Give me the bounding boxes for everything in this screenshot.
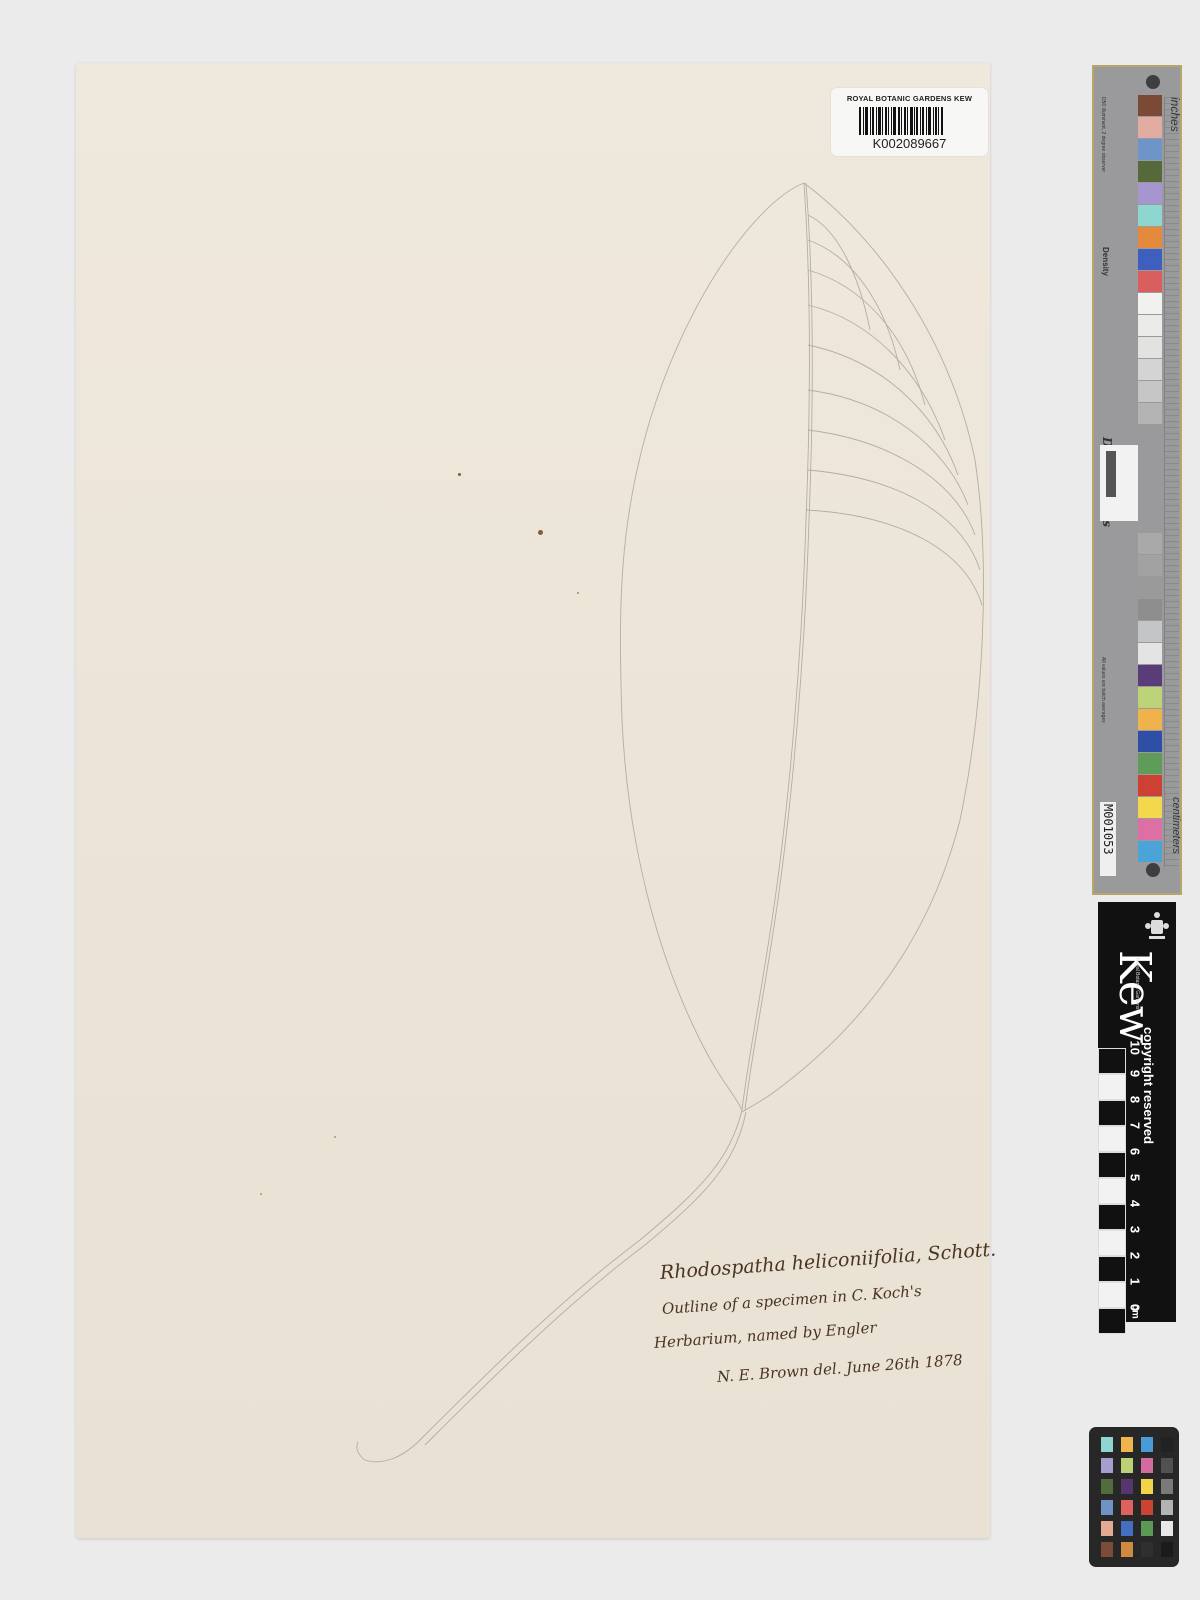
ruler-hole (1146, 75, 1160, 89)
cm-tick-label: 3 (1128, 1223, 1143, 1237)
checker-patch (1121, 1500, 1133, 1515)
stain-spot (260, 1193, 262, 1195)
cm-scale-segment (1098, 1178, 1126, 1204)
kew-scale-bar: Kew Royal Botanic Gardens copyright rese… (1098, 902, 1176, 1322)
cm-tick-label: 6 (1128, 1145, 1143, 1159)
swatch-column-top (1138, 95, 1162, 425)
cm-scale-bars: 109876543210 (1098, 1048, 1126, 1322)
cm-tick-label: 10 (1128, 1041, 1143, 1055)
stain-spot (538, 530, 543, 535)
cm-tick-label: 9 (1128, 1067, 1143, 1081)
stain-spot (577, 592, 579, 594)
herbarium-sheet (76, 63, 990, 1538)
ruler-measure-track (1164, 97, 1179, 867)
color-swatch (1138, 621, 1162, 642)
color-swatch (1138, 161, 1162, 182)
checker-patch (1101, 1479, 1113, 1494)
color-swatch (1138, 775, 1162, 796)
checker-patch (1141, 1437, 1153, 1452)
color-swatch (1138, 227, 1162, 248)
color-swatch (1138, 271, 1162, 292)
color-swatch (1138, 293, 1162, 314)
checker-patch (1141, 1500, 1153, 1515)
cm-tick-label: 8 (1128, 1093, 1143, 1107)
color-swatch (1138, 359, 1162, 380)
cm-scale-segment (1098, 1048, 1126, 1074)
checker-patch (1121, 1458, 1133, 1473)
color-swatch (1138, 381, 1162, 402)
institution-name: ROYAL BOTANIC GARDENS KEW (831, 94, 988, 103)
cm-scale-segment (1098, 1100, 1126, 1126)
checker-patch (1161, 1458, 1173, 1473)
crest-icon (1144, 910, 1170, 944)
color-swatch (1138, 797, 1162, 818)
color-swatch (1138, 555, 1162, 576)
cm-tick-label: 7 (1128, 1119, 1143, 1133)
cm-tick-label: 4 (1128, 1197, 1143, 1211)
cm-scale-segment (1098, 1204, 1126, 1230)
color-swatch (1138, 577, 1162, 598)
cm-scale-segment (1098, 1152, 1126, 1178)
color-swatch (1138, 205, 1162, 226)
checker-patch (1121, 1542, 1133, 1557)
checker-patch (1161, 1521, 1173, 1536)
color-swatch (1138, 403, 1162, 424)
checker-patch (1161, 1479, 1173, 1494)
color-swatch (1138, 643, 1162, 664)
barcode-label: ROYAL BOTANIC GARDENS KEW K002089667 (831, 88, 988, 156)
color-swatch (1138, 819, 1162, 840)
checker-patch (1161, 1437, 1173, 1452)
checker-patch (1161, 1500, 1173, 1515)
density-chart-card (1100, 445, 1138, 521)
color-swatch (1138, 533, 1162, 554)
color-swatch (1138, 183, 1162, 204)
color-swatch (1138, 753, 1162, 774)
cm-scale-segment (1098, 1126, 1126, 1152)
swatch-column-bottom (1138, 533, 1162, 863)
checker-patch (1121, 1479, 1133, 1494)
ruler-hole (1146, 863, 1160, 877)
color-swatch (1138, 315, 1162, 336)
checker-patch (1121, 1521, 1133, 1536)
color-swatch (1138, 337, 1162, 358)
stain-spot (458, 473, 461, 476)
color-swatch (1138, 731, 1162, 752)
ruler-footnote: All values are batch averages (1100, 657, 1106, 723)
checker-patch (1141, 1521, 1153, 1536)
kew-subtitle: Royal Botanic Gardens (1134, 958, 1140, 1009)
density-label: Density (1101, 247, 1110, 276)
color-checker-card (1089, 1427, 1179, 1567)
checker-patch (1141, 1479, 1153, 1494)
color-swatch (1138, 95, 1162, 116)
cm-scale-segment (1098, 1308, 1126, 1334)
color-swatch (1138, 841, 1162, 862)
cm-scale-segment (1098, 1256, 1126, 1282)
color-swatch (1138, 249, 1162, 270)
cm-tick-label: 2 (1128, 1249, 1143, 1263)
checker-patch (1101, 1521, 1113, 1536)
color-swatch (1138, 117, 1162, 138)
ruler-header-note: D50 illuminant, 2 degree observer (1100, 97, 1106, 172)
color-swatch (1138, 709, 1162, 730)
copyright-text: copyright reserved (1141, 1027, 1156, 1144)
color-swatch (1138, 139, 1162, 160)
ruler-code-label: M001053 (1100, 802, 1116, 876)
checker-patch (1161, 1542, 1173, 1557)
checker-patch (1101, 1500, 1113, 1515)
cm-unit-label: cm (1130, 1304, 1141, 1318)
checker-patch (1141, 1542, 1153, 1557)
color-calibration-ruler: inches centimeters D50 illuminant, 2 deg… (1092, 65, 1182, 895)
checker-patch (1101, 1458, 1113, 1473)
cm-scale-segment (1098, 1074, 1126, 1100)
color-swatch (1138, 665, 1162, 686)
cm-tick-label: 1 (1128, 1275, 1143, 1289)
checker-patch (1101, 1437, 1113, 1452)
cm-scale-segment (1098, 1282, 1126, 1308)
checker-patch (1121, 1437, 1133, 1452)
color-swatch (1138, 599, 1162, 620)
checker-patch (1141, 1458, 1153, 1473)
cm-scale-segment (1098, 1230, 1126, 1256)
checker-patch (1101, 1542, 1113, 1557)
barcode-number: K002089667 (831, 136, 988, 151)
cm-tick-label: 5 (1128, 1171, 1143, 1185)
barcode-bars (859, 107, 960, 135)
color-swatch (1138, 687, 1162, 708)
stain-spot (334, 1136, 336, 1138)
